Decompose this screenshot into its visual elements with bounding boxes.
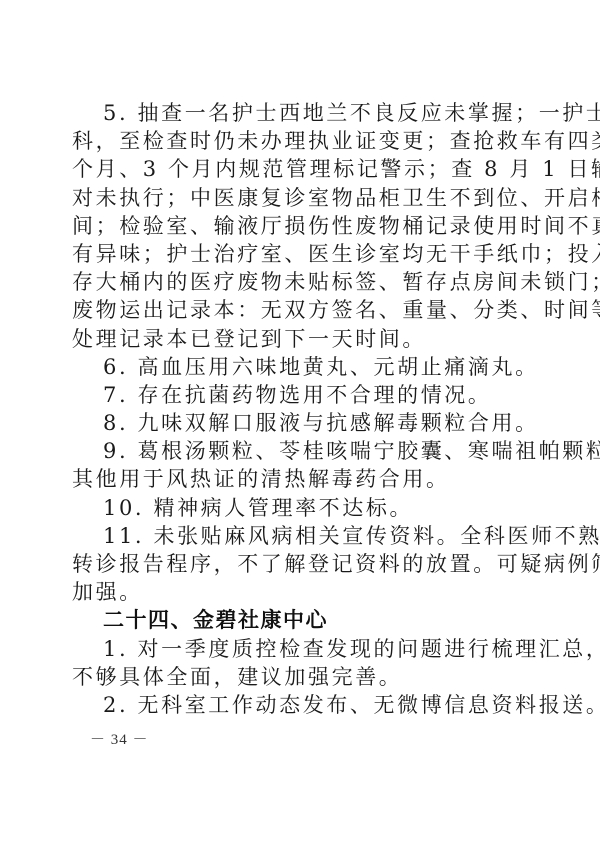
text-line: 其他用于风热证的清热解毒药合用。: [72, 465, 512, 493]
paragraph-item-7: 7. 存在抗菌药物选用不合理的情况。: [72, 381, 512, 409]
text-line: 加强。: [72, 578, 512, 606]
text-line: 废物运出记录本：无双方签名、重量、分类、时间等记录；各预: [72, 296, 512, 324]
paragraph-item-10: 10. 精神病人管理率不达标。: [72, 494, 512, 522]
text-line: 5. 抽查一名护士西地兰不良反应未掌握；一护士 4 月初转: [72, 99, 512, 127]
paragraph-item-6: 6. 高血压用六味地黄丸、元胡止痛滴丸。: [72, 353, 512, 381]
text-line: 转诊报告程序，不了解登记资料的放置。可疑病例筛查力度仍需: [72, 550, 512, 578]
section-heading: 二十四、金碧社康中心: [72, 606, 512, 634]
text-line: 7. 存在抗菌药物选用不合理的情况。: [72, 381, 512, 409]
text-line: 处理记录本已登记到下一天时间。: [72, 325, 512, 353]
text-line: 8. 九味双解口服液与抗感解毒颗粒合用。: [72, 409, 512, 437]
page-number: － 34 －: [90, 728, 149, 749]
document-page: 5. 抽查一名护士西地兰不良反应未掌握；一护士 4 月初转 科，至检查时仍未办理…: [72, 99, 512, 719]
paragraph-s24-item-2: 2. 无科室工作动态发布、无微博信息资料报送。: [72, 691, 512, 719]
text-line: 1. 对一季度质控检查发现的问题进行梳理汇总，但整改措施: [72, 635, 512, 663]
paragraph-item-9: 9. 葛根汤颗粒、苓桂咳喘宁胶囊、寒喘祖帕颗粒等风寒类与 其他用于风热证的清热解…: [72, 437, 512, 493]
text-line: 存大桶内的医疗废物未贴标签、暂存点房间未锁门；查当天医疗: [72, 268, 512, 296]
text-line: 个月、3 个月内规范管理标记警示；查 8 月 1 日输液卡，双人核: [72, 155, 512, 183]
text-line: 6. 高血压用六味地黄丸、元胡止痛滴丸。: [72, 353, 512, 381]
paragraph-s24-item-1: 1. 对一季度质控检查发现的问题进行梳理汇总，但整改措施 不够具体全面，建议加强…: [72, 635, 512, 691]
text-line: 不够具体全面，建议加强完善。: [72, 663, 512, 691]
text-line: 2. 无科室工作动态发布、无微博信息资料报送。: [72, 691, 512, 719]
paragraph-item-8: 8. 九味双解口服液与抗感解毒颗粒合用。: [72, 409, 512, 437]
text-line: 10. 精神病人管理率不达标。: [72, 494, 512, 522]
paragraph-item-5: 5. 抽查一名护士西地兰不良反应未掌握；一护士 4 月初转 科，至检查时仍未办理…: [72, 99, 512, 353]
paragraph-item-11: 11. 未张贴麻风病相关宣传资料。全科医师不熟悉可疑病例 转诊报告程序，不了解登…: [72, 522, 512, 607]
text-line: 对未执行；中医康复诊室物品柜卫生不到位、开启棉签未记录时: [72, 184, 512, 212]
text-line: 11. 未张贴麻风病相关宣传资料。全科医师不熟悉可疑病例: [72, 522, 512, 550]
text-line: 有异味；护士治疗室、医生诊室均无干手纸巾；投入医疗废物暂: [72, 240, 512, 268]
text-line: 间；检验室、输液厅损伤性废物桶记录使用时间不真实废弃物多、: [72, 212, 512, 240]
text-line: 9. 葛根汤颗粒、苓桂咳喘宁胶囊、寒喘祖帕颗粒等风寒类与: [72, 437, 512, 465]
text-line: 科，至检查时仍未办理执业证变更；查抢救车有四类药物未按 6: [72, 127, 512, 155]
